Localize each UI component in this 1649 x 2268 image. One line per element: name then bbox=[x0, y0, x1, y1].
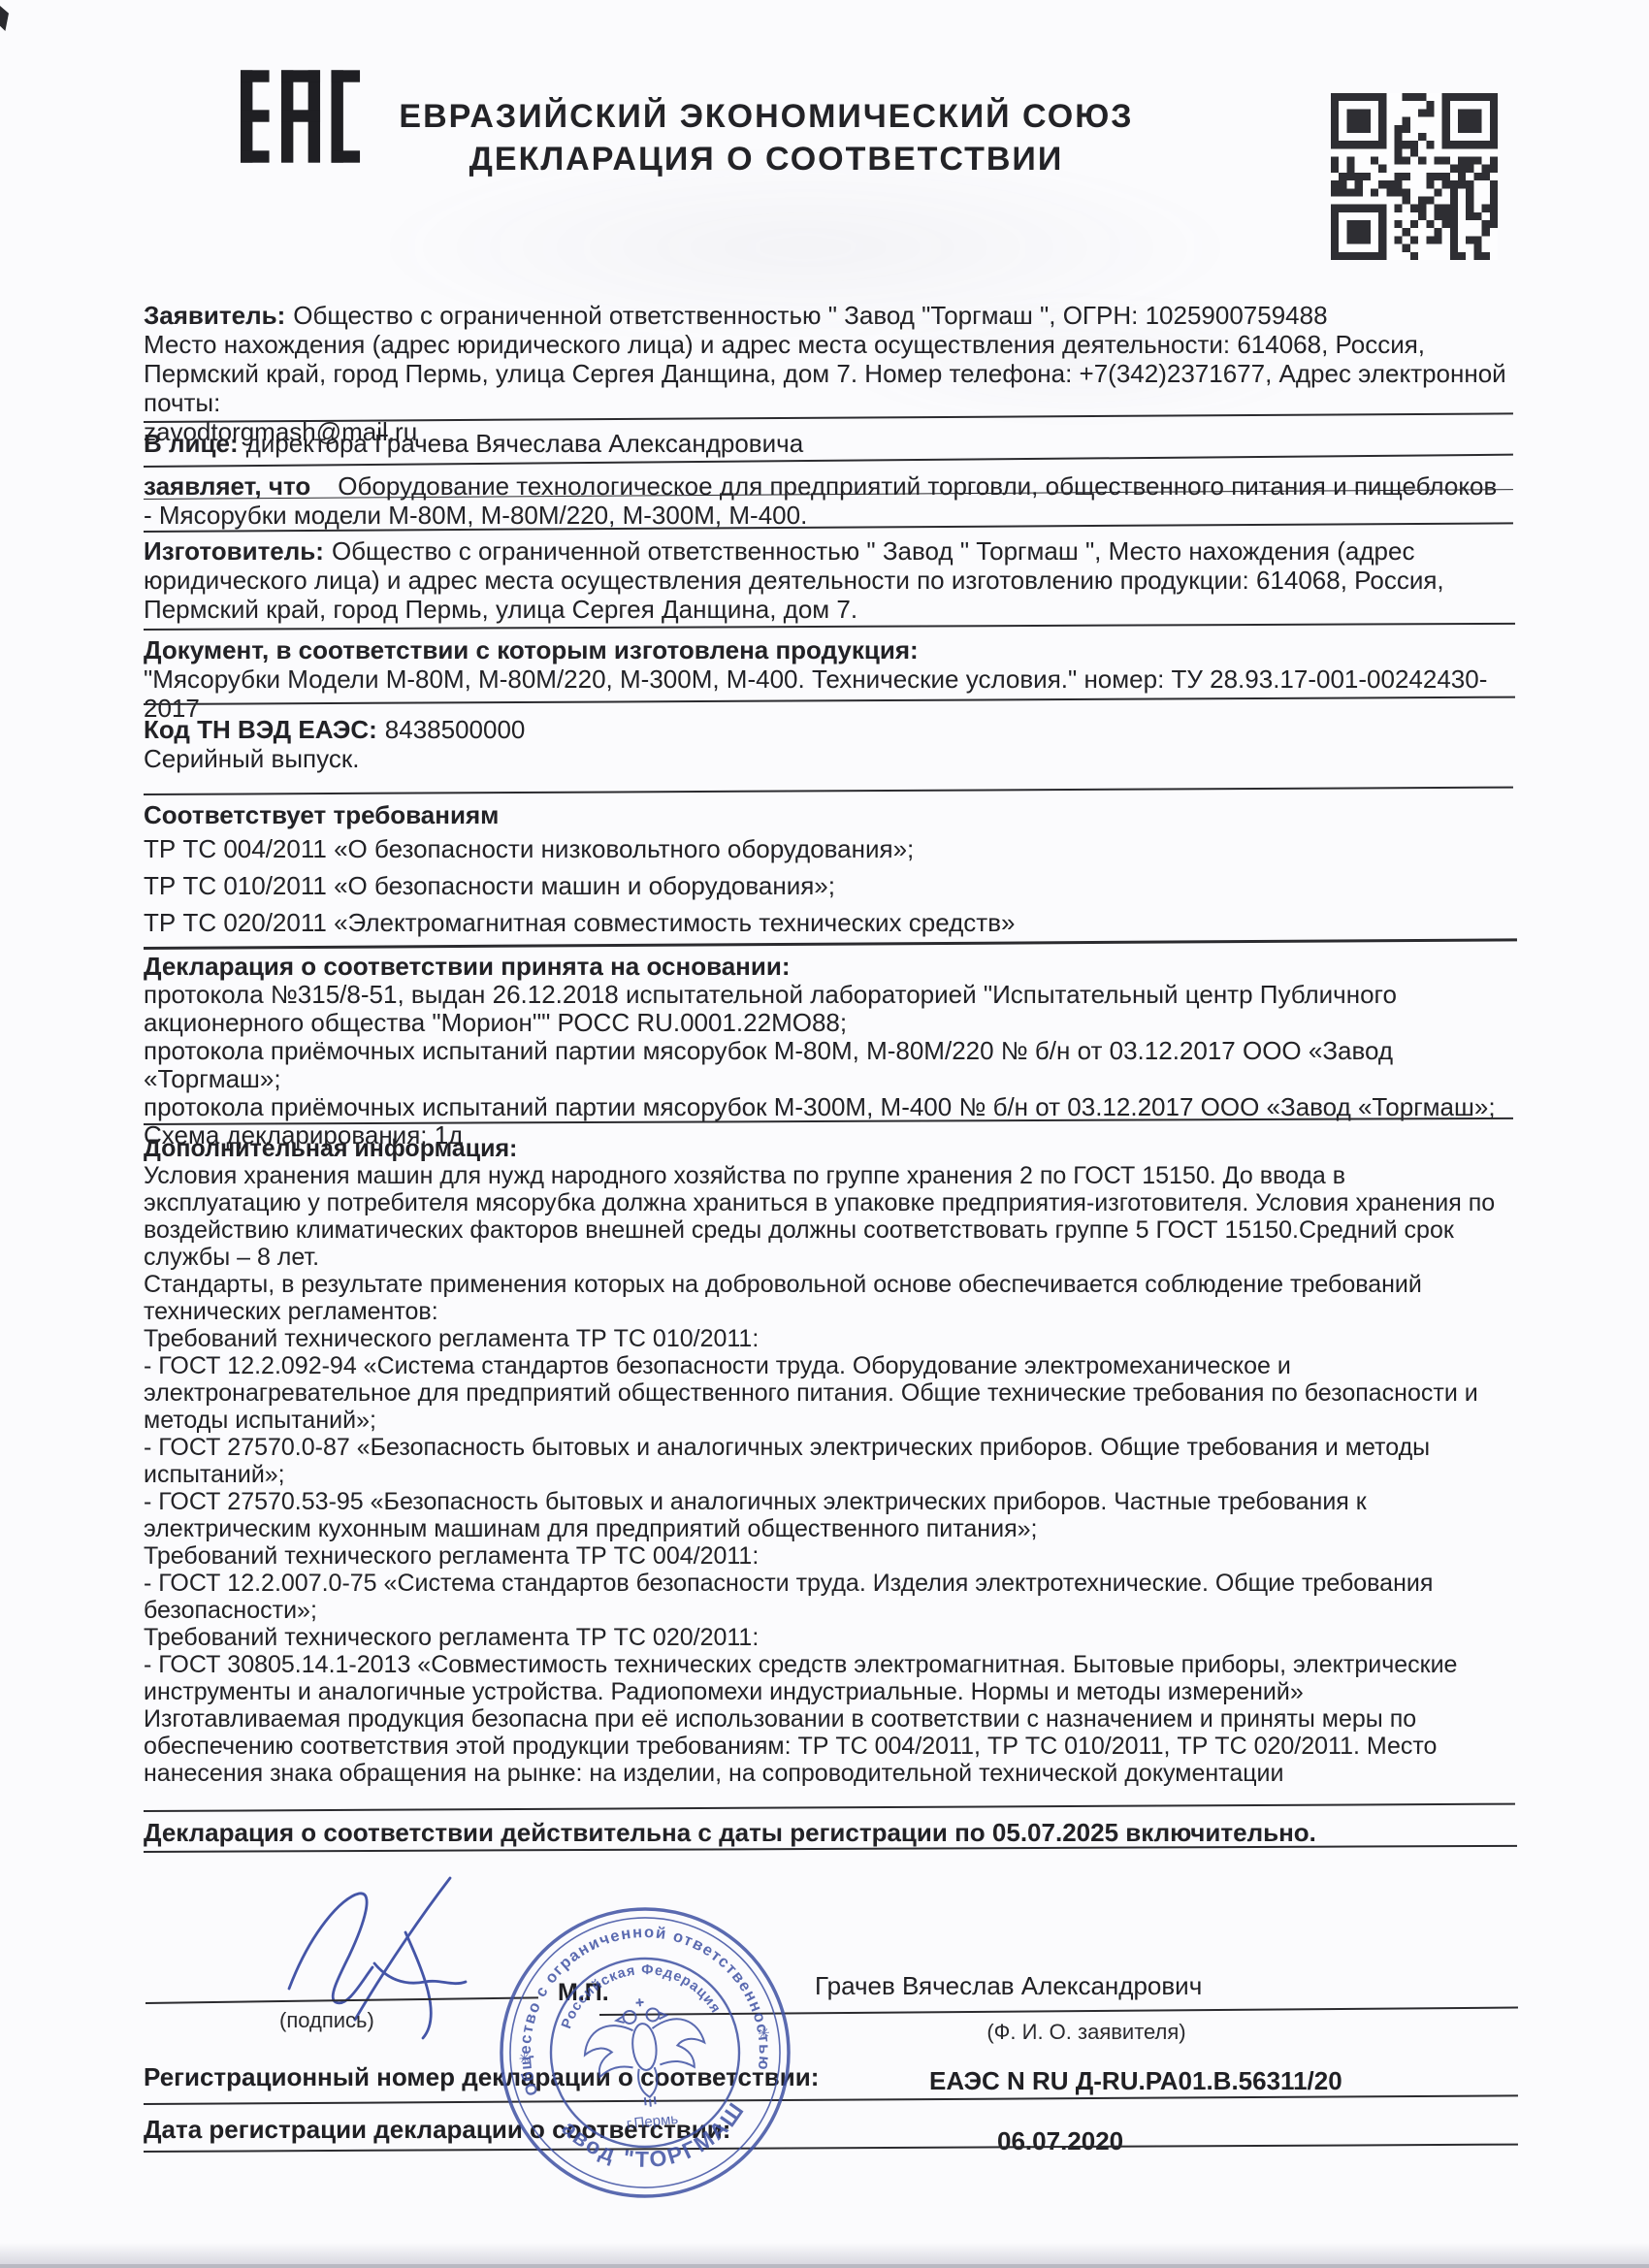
section-declares: заявляет, чтоОборудование технологическо… bbox=[144, 471, 1509, 530]
fio-caption: (Ф. И. О. заявителя) bbox=[815, 2020, 1358, 2045]
additional-paragraph: Требований технического регламента ТР ТС… bbox=[144, 1325, 1509, 1352]
additional-paragraph: - ГОСТ 27570.53-95 «Безопасность бытовых… bbox=[144, 1488, 1509, 1542]
in-person-text: директора Грачева Вячеслава Александрови… bbox=[246, 429, 804, 458]
section-applicant: Заявитель:Общество с ограниченной ответс… bbox=[144, 301, 1509, 446]
applicant-text: Общество с ограниченной ответственностью… bbox=[293, 301, 1327, 330]
manufacturer-label: Изготовитель: bbox=[144, 536, 324, 566]
svg-text:Российская Федерация: Российская Федерация bbox=[553, 1954, 724, 2032]
in-person-line: В лице:директора Грачева Вячеслава Алекс… bbox=[144, 429, 1509, 458]
additional-paragraph: Изготавливаемая продукция безопасна при … bbox=[144, 1705, 1509, 1787]
scan-page-edge bbox=[0, 2243, 1649, 2268]
declares-text: Оборудование технологическое для предпри… bbox=[144, 471, 1497, 530]
declares-line: заявляет, чтоОборудование технологическо… bbox=[144, 471, 1509, 530]
complies-label: Соответствует требованиям bbox=[144, 799, 1509, 830]
section-divider bbox=[144, 623, 1515, 631]
section-divider bbox=[144, 1803, 1515, 1812]
basis-label: Декларация о соответствии принята на осн… bbox=[144, 953, 1509, 981]
serial-issue: Серийный выпуск. bbox=[144, 744, 1509, 773]
in-person-label: В лице: bbox=[144, 429, 239, 458]
document-label: Документ, в соответствии с которым изгот… bbox=[144, 635, 1509, 664]
basis-item: протокола приёмочных испытаний партии мя… bbox=[144, 1037, 1509, 1093]
qr-code bbox=[1331, 93, 1498, 260]
basis-item: протокола приёмочных испытаний партии мя… bbox=[144, 1093, 1509, 1121]
document-text: "Мясорубки Модели М-80М, М-80М/220, М-30… bbox=[144, 664, 1509, 723]
tnved-label: Код ТН ВЭД ЕАЭС: bbox=[144, 715, 377, 744]
additional-paragraph: Стандарты, в результате применения котор… bbox=[144, 1271, 1509, 1325]
additional-paragraph: Требований технического регламента ТР ТС… bbox=[144, 1542, 1509, 1570]
section-divider bbox=[144, 787, 1513, 795]
declares-label: заявляет, что bbox=[144, 471, 310, 501]
additional-paragraph: - ГОСТ 12.2.092-94 «Система стандартов б… bbox=[144, 1352, 1509, 1434]
scan-corner-artifact bbox=[0, 6, 9, 31]
section-manufacturer: Изготовитель:Общество с ограниченной отв… bbox=[144, 536, 1509, 624]
complies-item: ТР ТС 004/2011 «О безопасности низковоль… bbox=[144, 830, 1509, 867]
additional-label: Дополнительная информация: bbox=[144, 1135, 1509, 1162]
manufacturer-text: Общество с ограниченной ответственностью… bbox=[144, 536, 1444, 624]
section-complies: Соответствует требованиям ТР ТС 004/2011… bbox=[144, 799, 1509, 941]
stamp-inner-text: Российская Федерация bbox=[553, 1954, 724, 2032]
section-validity: Декларация о соответствии действительна … bbox=[144, 1818, 1509, 1847]
applicant-label: Заявитель: bbox=[144, 301, 285, 330]
manufacturer-line: Изготовитель:Общество с ограниченной отв… bbox=[144, 536, 1509, 624]
double-headed-eagle-icon bbox=[579, 1993, 710, 2113]
tnved-code: 8438500000 bbox=[385, 715, 526, 744]
section-additional: Дополнительная информация: Условия хране… bbox=[144, 1135, 1509, 1787]
additional-paragraph: Условия хранения машин для нужд народног… bbox=[144, 1162, 1509, 1271]
applicant-fio: Грачев Вячеслав Александрович bbox=[815, 1971, 1358, 2001]
applicant-address: Место нахождения (адрес юридического лиц… bbox=[144, 330, 1509, 417]
title-line-1: ЕВРАЗИЙСКИЙ ЭКОНОМИЧЕСКИЙ СОЮЗ bbox=[320, 95, 1212, 138]
validity-text: Декларация о соответствии действительна … bbox=[144, 1818, 1509, 1847]
stamp-star-icon: ✳ bbox=[757, 2025, 770, 2042]
stamp-city-text: г.Пермь bbox=[626, 2111, 679, 2133]
document-title: ЕВРАЗИЙСКИЙ ЭКОНОМИЧЕСКИЙ СОЮЗ ДЕКЛАРАЦИ… bbox=[320, 95, 1212, 180]
applicant-line: Заявитель:Общество с ограниченной ответс… bbox=[144, 301, 1509, 330]
document-page: ЕВРАЗИЙСКИЙ ЭКОНОМИЧЕСКИЙ СОЮЗ ДЕКЛАРАЦИ… bbox=[0, 0, 1649, 2268]
additional-paragraph: - ГОСТ 27570.0-87 «Безопасность бытовых … bbox=[144, 1434, 1509, 1488]
reg-number-value: ЕАЭС N RU Д-RU.РА01.В.56311/20 bbox=[929, 2066, 1342, 2096]
complies-item: ТР ТС 020/2011 «Электромагнитная совмест… bbox=[144, 904, 1509, 941]
section-in-person: В лице:директора Грачева Вячеслава Алекс… bbox=[144, 429, 1509, 458]
additional-paragraph: Требований технического регламента ТР ТС… bbox=[144, 1624, 1509, 1651]
stamp-star-icon: ✳ bbox=[518, 2050, 532, 2067]
reg-date-value: 06.07.2020 bbox=[997, 2126, 1123, 2156]
section-tnved: Код ТН ВЭД ЕАЭС:8438500000 Серийный выпу… bbox=[144, 715, 1509, 773]
section-divider bbox=[144, 2094, 1518, 2105]
title-line-2: ДЕКЛАРАЦИЯ О СООТВЕТСТВИИ bbox=[320, 138, 1212, 180]
basis-item: протокола №315/8-51, выдан 26.12.2018 ис… bbox=[144, 981, 1509, 1037]
additional-paragraph: - ГОСТ 12.2.007.0-75 «Система стандартов… bbox=[144, 1570, 1509, 1624]
tnved-line: Код ТН ВЭД ЕАЭС:8438500000 bbox=[144, 715, 1509, 744]
complies-item: ТР ТС 010/2011 «О безопасности машин и о… bbox=[144, 867, 1509, 904]
additional-paragraph: - ГОСТ 30805.14.1-2013 «Совместимость те… bbox=[144, 1651, 1509, 1705]
company-seal: Общество с ограниченной ответственностью… bbox=[490, 1897, 800, 2208]
signature-caption: (подпись) bbox=[279, 2008, 374, 2033]
section-document: Документ, в соответствии с которым изгот… bbox=[144, 635, 1509, 723]
